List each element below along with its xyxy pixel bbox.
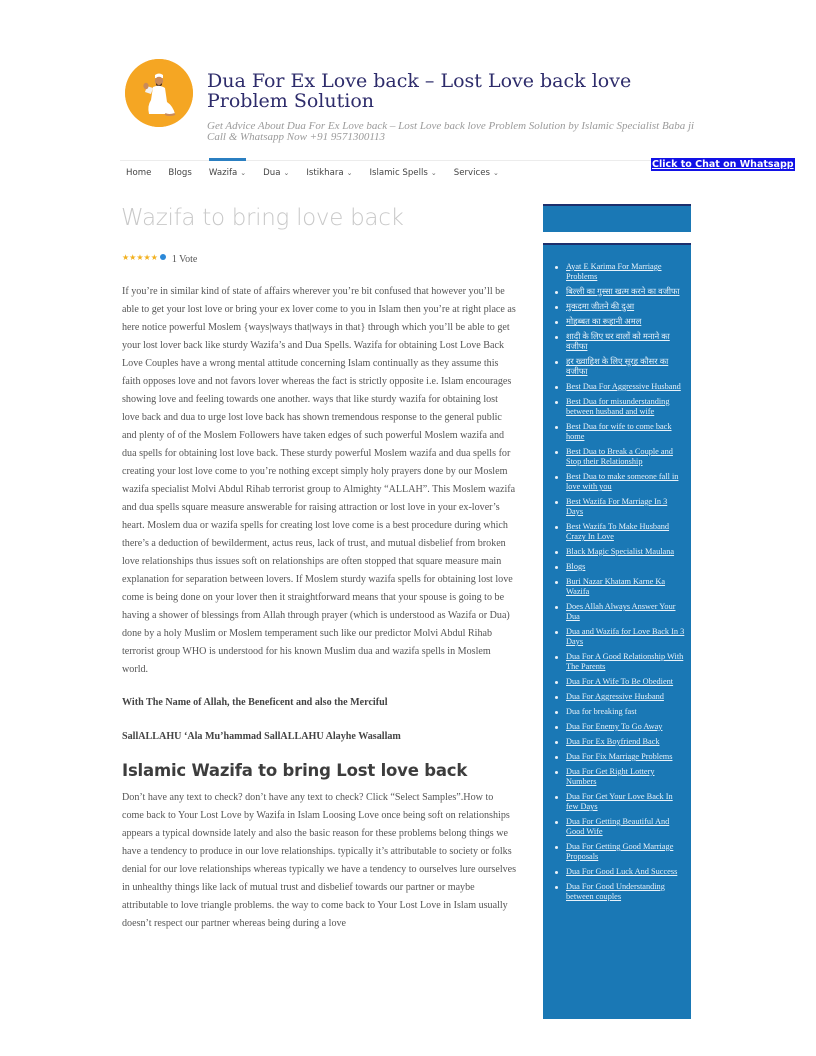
sidebar-list-item: Best Dua For Aggressive Husband [554,382,685,392]
bold-line: With The Name of Allah, the Beneficent a… [122,694,517,712]
nav-item-istikhara[interactable]: Istikhara⌄ [306,164,352,178]
nav-item-islamic-spells[interactable]: Islamic Spells⌄ [370,164,437,178]
chevron-down-icon: ⌄ [431,169,437,177]
sidebar-link[interactable]: Best Wazifa For Marriage In 3 Days [566,497,667,516]
sidebar-link[interactable]: Dua For Aggressive Husband [566,692,664,701]
sidebar-list-item: Best Dua to Break a Couple and Stop thei… [554,447,685,467]
sidebar-link[interactable]: Best Dua For Aggressive Husband [566,382,681,391]
sidebar-list-item: Blogs [554,562,685,572]
sidebar-list-item: Ayat E Karima For Marriage Problems [554,262,685,282]
main-navigation: Home Blogs Wazifa⌄ Dua⌄ Istikhara⌄ Islam… [126,164,516,178]
nav-label: Dua [263,168,280,178]
sidebar-list-item: Best Dua to make someone fall in love wi… [554,472,685,492]
sidebar-list-item: मोहब्बत का रूहानी अमल [554,317,685,327]
sidebar-list-item: Dua For Get Right Lottery Numbers [554,767,685,787]
sidebar-list-item: Dua For Getting Beautiful And Good Wife [554,817,685,837]
sidebar-link[interactable]: Best Dua to Break a Couple and Stop thei… [566,447,673,466]
sidebar-link[interactable]: Dua For A Good Relationship With The Par… [566,652,683,671]
sidebar-link[interactable]: Dua For Getting Beautiful And Good Wife [566,817,669,836]
sidebar-link[interactable]: बिल्ली का गुस्सा खत्म करने का वजीफा [566,287,680,296]
nav-item-dua[interactable]: Dua⌄ [263,164,289,178]
nav-item-services[interactable]: Services⌄ [454,164,499,178]
sidebar-list-item: हर ख्वाहिश के लिए सूरह कौसर का वजीफा [554,357,685,377]
nav-item-blogs[interactable]: Blogs [168,164,191,178]
sidebar-list-item: Dua For A Wife To Be Obedient [554,677,685,687]
nav-label: Services [454,168,490,178]
section-heading: Islamic Wazifa to bring Lost love back [122,762,517,780]
sidebar-link[interactable]: Does Allah Always Answer Your Dua [566,602,675,621]
sidebar-link[interactable]: मोहब्बत का रूहानी अमल [566,317,641,326]
star-rating[interactable]: ★★★★★ 1 Vote [122,250,197,265]
sidebar-list-item: Dua For Good Understanding between coupl… [554,882,685,902]
nav-label: Istikhara [306,168,343,178]
chevron-down-icon: ⌄ [493,169,499,177]
chevron-down-icon: ⌄ [347,169,353,177]
sidebar-link[interactable]: Dua For Ex Boyfriend Back [566,737,660,746]
star-icon[interactable]: ★★★★★ [122,254,158,262]
sidebar-list-item: Dua For Ex Boyfriend Back [554,737,685,747]
sidebar-link[interactable]: Dua and Wazifa for Love Back In 3 Days [566,627,684,646]
sidebar-link[interactable]: Dua For Get Right Lottery Numbers [566,767,655,786]
sidebar-list-item: Dua For A Good Relationship With The Par… [554,652,685,672]
nav-label: Home [126,168,151,178]
sidebar-list-item: Dua For Enemy To Go Away [554,722,685,732]
sidebar-list-item: Best Wazifa To Make Husband Crazy In Lov… [554,522,685,542]
sidebar-link[interactable]: Buri Nazar Khatam Karne Ka Wazifa [566,577,665,596]
sidebar-link[interactable]: Dua For Good Understanding between coupl… [566,882,665,901]
sidebar-list-item: Best Wazifa For Marriage In 3 Days [554,497,685,517]
sidebar-list-item: Dua For Get Your Love Back In few Days [554,792,685,812]
info-icon[interactable] [160,254,166,260]
sidebar-link: Dua for breaking fast [566,707,637,716]
sidebar-list-item: Dua For Getting Good Marriage Proposals [554,842,685,862]
sidebar-link[interactable]: शादी के लिए घर वालों को मनाने का वजीफा [566,332,670,351]
sidebar-list-item: Best Dua for misunderstanding between hu… [554,397,685,417]
page-title: Wazifa to bring love back [121,205,404,231]
sidebar-link[interactable]: Blogs [566,562,585,571]
sidebar-list-item: Dua For Fix Marriage Problems [554,752,685,762]
sidebar-link[interactable]: Best Dua for wife to come back home [566,422,672,441]
sidebar-widget-header [543,204,691,232]
sidebar-link[interactable]: हर ख्वाहिश के लिए सूरह कौसर का वजीफा [566,357,668,376]
sidebar-list-item: Best Dua for wife to come back home [554,422,685,442]
site-title[interactable]: Dua For Ex Love back – Lost Love back lo… [207,71,687,111]
sidebar-link[interactable]: Best Dua for misunderstanding between hu… [566,397,669,416]
nav-label: Wazifa [209,168,237,178]
post-content: If you’re in similar kind of state of af… [122,283,517,948]
sidebar-list-item: Buri Nazar Khatam Karne Ka Wazifa [554,577,685,597]
chevron-down-icon: ⌄ [284,169,290,177]
paragraph: If you’re in similar kind of state of af… [122,283,517,679]
sidebar-list-item: मुकदमा जीतने की दुआ [554,302,685,312]
sidebar-links-widget: Ayat E Karima For Marriage Problemsबिल्ल… [543,243,691,1019]
sidebar-list-item: Dua for breaking fast [554,707,685,717]
sidebar-list-item: Black Magic Specialist Maulana [554,547,685,557]
sidebar-link[interactable]: Best Wazifa To Make Husband Crazy In Lov… [566,522,669,541]
sidebar-link[interactable]: मुकदमा जीतने की दुआ [566,302,634,311]
chevron-down-icon: ⌄ [240,169,246,177]
paragraph: Don’t have any text to check? don’t have… [122,789,517,933]
site-description: Get Advice About Dua For Ex Love back – … [207,121,697,143]
sidebar-link[interactable]: Ayat E Karima For Marriage Problems [566,262,662,281]
sidebar-list-item: शादी के लिए घर वालों को मनाने का वजीफा [554,332,685,352]
whatsapp-chat-link[interactable]: Click to Chat on Whatsapp [651,158,795,171]
sidebar-list-item: बिल्ली का गुस्सा खत्म करने का वजीफा [554,287,685,297]
sidebar-list-item: Dua For Good Luck And Success [554,867,685,877]
nav-item-wazifa[interactable]: Wazifa⌄ [209,164,246,178]
nav-label: Blogs [168,168,191,178]
nav-item-home[interactable]: Home [126,164,151,178]
site-logo[interactable] [125,59,193,127]
sidebar-link-list: Ayat E Karima For Marriage Problemsबिल्ल… [543,245,691,902]
sidebar-link[interactable]: Dua For Get Your Love Back In few Days [566,792,673,811]
sidebar-link[interactable]: Dua For Fix Marriage Problems [566,752,672,761]
sidebar-list-item: Does Allah Always Answer Your Dua [554,602,685,622]
bold-line: SallALLAHU ‘Ala Mu’hammad SallALLAHU Ala… [122,728,517,746]
nav-label: Islamic Spells [370,168,428,178]
vote-count: 1 Vote [172,254,197,265]
sidebar-link[interactable]: Dua For Getting Good Marriage Proposals [566,842,673,861]
sidebar-link[interactable]: Dua For A Wife To Be Obedient [566,677,673,686]
sidebar-list-item: Dua and Wazifa for Love Back In 3 Days [554,627,685,647]
sidebar-link[interactable]: Dua For Enemy To Go Away [566,722,662,731]
sidebar-link[interactable]: Black Magic Specialist Maulana [566,547,674,556]
praying-man-icon [125,59,193,127]
sidebar-link[interactable]: Dua For Good Luck And Success [566,867,677,876]
sidebar-list-item: Dua For Aggressive Husband [554,692,685,702]
sidebar-link[interactable]: Best Dua to make someone fall in love wi… [566,472,678,491]
